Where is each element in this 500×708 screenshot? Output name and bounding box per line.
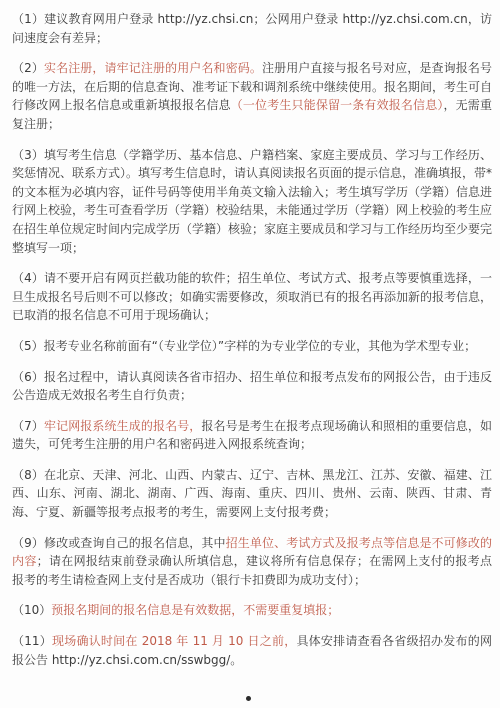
text-segment: （4）请不要开启有网页拦截功能的软件；招生单位、考试方式、报考点等要慎重选择，一… bbox=[12, 271, 492, 322]
text-segment: ；请在网报结束前登录确认所填信息，建议将所有信息保存；在需网上支付的报考点报考的… bbox=[12, 554, 492, 587]
notice-item-1: （1）建议教育网用户登录 http://yz.chsi.cn；公网用户登录 ht… bbox=[12, 10, 492, 47]
text-segment: （5）报考专业名称前面有“（专业学位）”字样的为专业学位的专业，其他为学术型专业… bbox=[12, 339, 476, 353]
notice-item-7: （7）牢记网报系统生成的报名号，报名号是考生在报考点现场确认和照相的重要信息，如… bbox=[12, 417, 492, 454]
highlighted-text-segment: （一位考生只能保留一条有效报名信息） bbox=[231, 98, 444, 112]
notice-item-11: （11）现场确认时间在 2018 年 11 月 10 日之前，具体安排请查看各省… bbox=[12, 632, 492, 669]
notice-item-3: （3）填写考生信息（学籍学历、基本信息、户籍档案、家庭主要成员、学习与工作经历、… bbox=[12, 146, 492, 258]
notice-item-9: （9）修改或查询自己的报名信息，其中招生单位、考试方式及报考点等信息是不可修改的… bbox=[12, 534, 492, 590]
text-segment: （9）修改或查询自己的报名信息，其中 bbox=[12, 536, 226, 550]
bullet-dot-icon bbox=[246, 696, 251, 701]
highlighted-text-segment: 现场确认时间在 2018 年 11 月 10 日之前， bbox=[52, 634, 296, 648]
notice-item-8: （8）在北京、天津、河北、山西、内蒙古、辽宁、吉林、黑龙江、江苏、安徽、福建、江… bbox=[12, 466, 492, 522]
highlighted-text-segment: 预报名期间的报名信息是有效数据，不需要重复填报； bbox=[51, 603, 339, 617]
notice-document: （1）建议教育网用户登录 http://yz.chsi.cn；公网用户登录 ht… bbox=[0, 0, 500, 669]
notice-item-4: （4）请不要开启有网页拦截功能的软件；招生单位、考试方式、报考点等要慎重选择，一… bbox=[12, 269, 492, 325]
text-segment: （10） bbox=[12, 603, 51, 617]
highlighted-text-segment: 实名注册，请牢记注册的用户名和密码。 bbox=[44, 61, 262, 75]
notice-item-6: （6）报名过程中，请认真阅读各省市招办、招生单位和报考点发布的网报公告，由于违反… bbox=[12, 368, 492, 405]
highlighted-text-segment: 牢记网报系统生成的报名号， bbox=[44, 419, 201, 433]
text-segment: （6）报名过程中，请认真阅读各省市招办、招生单位和报考点发布的网报公告，由于违反… bbox=[12, 370, 492, 403]
text-segment: （8）在北京、天津、河北、山西、内蒙古、辽宁、吉林、黑龙江、江苏、安徽、福建、江… bbox=[12, 468, 492, 519]
text-segment: （7） bbox=[12, 419, 44, 433]
text-segment: （1）建议教育网用户登录 http://yz.chsi.cn；公网用户登录 ht… bbox=[12, 12, 492, 45]
text-segment: （2） bbox=[12, 61, 44, 75]
text-segment: （3）填写考生信息（学籍学历、基本信息、户籍档案、家庭主要成员、学习与工作经历、… bbox=[12, 148, 492, 255]
text-segment: （11） bbox=[12, 634, 52, 648]
notice-item-2: （2）实名注册，请牢记注册的用户名和密码。注册用户直接与报名号对应，是查询报名号… bbox=[12, 59, 492, 133]
notice-item-10: （10）预报名期间的报名信息是有效数据，不需要重复填报； bbox=[12, 601, 492, 620]
notice-item-5: （5）报考专业名称前面有“（专业学位）”字样的为专业学位的专业，其他为学术型专业… bbox=[12, 337, 492, 356]
